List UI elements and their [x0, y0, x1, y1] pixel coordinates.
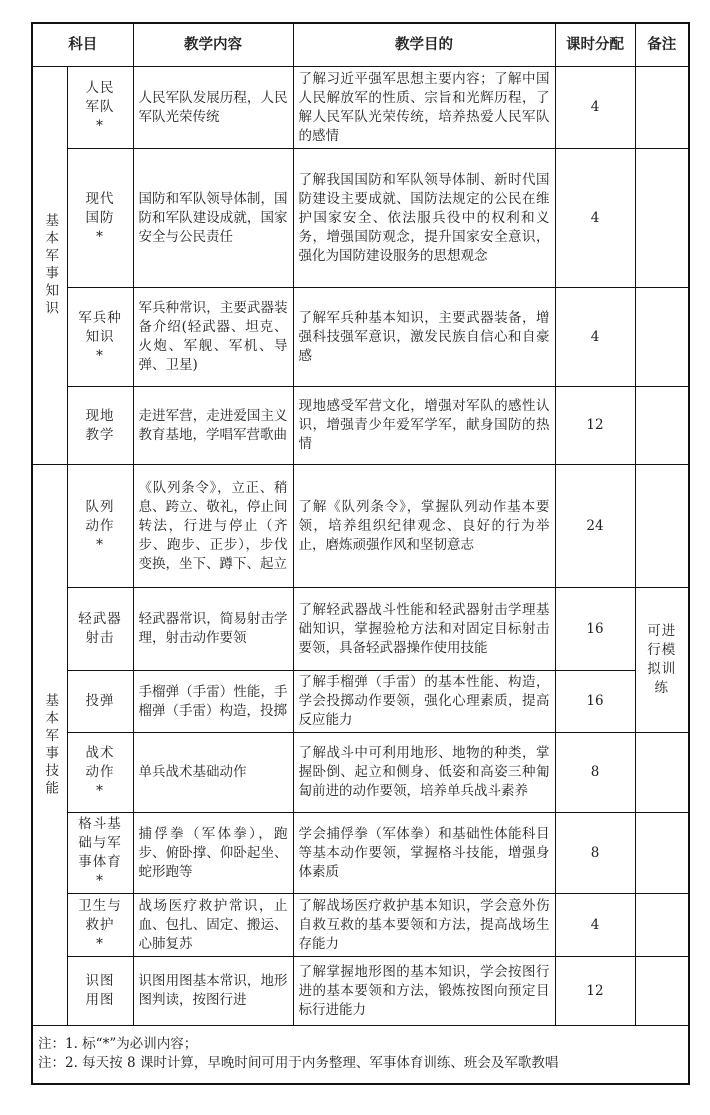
table-row: 现代国防* 国防和军队领导体制，国防和军队建设成就，国家安全与公民责任 了解我国…	[32, 149, 689, 288]
purpose-cell: 了解军兵种基本知识，主要武器装备，增强科技强军意识，激发民族自信心和自豪感	[293, 288, 555, 387]
content-cell: 识图用图基本常识，地形图判读，按图行进	[133, 957, 293, 1026]
header-remark: 备注	[635, 23, 689, 67]
purpose-cell: 现地感受军营文化，增强对军队的感性认识，增强青少年爱军学军，献身国防的热情	[293, 387, 555, 465]
hours-cell: 8	[555, 733, 635, 813]
subject-cell: 格斗基础与军事体育*	[67, 813, 133, 894]
hours-cell: 4	[555, 894, 635, 957]
note-1: 注：1. 标“*”为必训内容；	[38, 1035, 683, 1054]
hours-cell: 4	[555, 288, 635, 387]
content-cell: 《队列条令》，立正、稍息、跨立、敬礼，停止间转法，行进与停止（齐步、跑步、正步）…	[133, 465, 293, 588]
hours-cell: 12	[555, 387, 635, 465]
content-cell: 轻武器常识，简易射击学理，射击动作要领	[133, 588, 293, 671]
content-cell: 单兵战术基础动作	[133, 733, 293, 813]
subject-cell: 军兵种知识*	[67, 288, 133, 387]
purpose-cell: 学会捕俘拳（军体拳）和基础性体能科目等基本动作要领，掌握格斗技能，增强身体素质	[293, 813, 555, 894]
purpose-cell: 了解轻武器战斗性能和轻武器射击学理基础知识，掌握验枪方法和对固定目标射击要领，具…	[293, 588, 555, 671]
header-subject: 科目	[32, 23, 133, 67]
table-row: 现地教学 走进军营，走进爱国主义教育基地，学唱军营歌曲 现地感受军营文化，增强对…	[32, 387, 689, 465]
group-label-knowledge: 基本军事知识	[32, 67, 67, 465]
header-content: 教学内容	[133, 23, 293, 67]
table-row: 投弹 手榴弹（手雷）性能，手榴弹（手雷）构造，投掷 了解手榴弹（手雷）的基本性能…	[32, 671, 689, 733]
content-cell: 捕俘拳（军体拳），跑步、俯卧撑、仰卧起坐、蛇形跑等	[133, 813, 293, 894]
table-row: 轻武器射击 轻武器常识，简易射击学理，射击动作要领 了解轻武器战斗性能和轻武器射…	[32, 588, 689, 671]
notes-cell: 注：1. 标“*”为必训内容； 注：2. 每天按 8 课时计算，早晚时间可用于内…	[32, 1026, 689, 1084]
table-row: 战术动作* 单兵战术基础动作 了解战斗中可利用地形、地物的种类，掌握卧倒、起立和…	[32, 733, 689, 813]
notes-row: 注：1. 标“*”为必训内容； 注：2. 每天按 8 课时计算，早晚时间可用于内…	[32, 1026, 689, 1084]
purpose-cell: 了解战斗中可利用地形、地物的种类，掌握卧倒、起立和侧身、低姿和高姿三种匍匐前进的…	[293, 733, 555, 813]
table-row: 基本军事技能 队列动作* 《队列条令》，立正、稍息、跨立、敬礼，停止间转法，行进…	[32, 465, 689, 588]
subject-cell: 人民军队*	[67, 67, 133, 149]
remark-cell	[635, 387, 689, 465]
hours-cell: 16	[555, 671, 635, 733]
remark-cell	[635, 813, 689, 894]
remark-cell	[635, 894, 689, 957]
content-cell: 军兵种常识，主要武器装备介绍(轻武器、坦克、火炮、军舰、军机、导弹、卫星)	[133, 288, 293, 387]
purpose-cell: 了解掌握地形图的基本知识，学会按图行进的基本要领和方法，锻炼按图向预定目标行进能…	[293, 957, 555, 1026]
header-hours: 课时分配	[555, 23, 635, 67]
table-row: 卫生与救护* 战场医疗救护常识，止血、包扎、固定、搬运、心肺复苏 了解战场医疗救…	[32, 894, 689, 957]
subject-cell: 投弹	[67, 671, 133, 733]
hours-cell: 4	[555, 149, 635, 288]
remark-cell	[635, 67, 689, 149]
subject-cell: 识图用图	[67, 957, 133, 1026]
table-row: 军兵种知识* 军兵种常识，主要武器装备介绍(轻武器、坦克、火炮、军舰、军机、导弹…	[32, 288, 689, 387]
remark-cell-simulation: 可进行模拟训练	[635, 588, 689, 733]
hours-cell: 4	[555, 67, 635, 149]
purpose-cell: 了解战场医疗救护基本知识，学会意外伤自救互救的基本要领和方法，提高战场生存能力	[293, 894, 555, 957]
remark-cell	[635, 288, 689, 387]
remark-cell	[635, 465, 689, 588]
curriculum-table: 科目 教学内容 教学目的 课时分配 备注 基本军事知识 人民军队* 人民军队发展…	[31, 22, 690, 1085]
table-row: 格斗基础与军事体育* 捕俘拳（军体拳），跑步、俯卧撑、仰卧起坐、蛇形跑等 学会捕…	[32, 813, 689, 894]
table-row: 基本军事知识 人民军队* 人民军队发展历程，人民军队光荣传统 了解习近平强军思想…	[32, 67, 689, 149]
content-cell: 人民军队发展历程，人民军队光荣传统	[133, 67, 293, 149]
subject-cell: 队列动作*	[67, 465, 133, 588]
hours-cell: 12	[555, 957, 635, 1026]
purpose-cell: 了解我国国防和军队领导体制、新时代国防建设主要成就、国防法规定的公民在维护国家安…	[293, 149, 555, 288]
subject-cell: 卫生与救护*	[67, 894, 133, 957]
subject-cell: 轻武器射击	[67, 588, 133, 671]
content-cell: 走进军营，走进爱国主义教育基地，学唱军营歌曲	[133, 387, 293, 465]
note-2: 注：2. 每天按 8 课时计算，早晚时间可用于内务整理、军事体育训练、班会及军歌…	[38, 1054, 683, 1073]
header-purpose: 教学目的	[293, 23, 555, 67]
subject-cell: 战术动作*	[67, 733, 133, 813]
hours-cell: 8	[555, 813, 635, 894]
header-row: 科目 教学内容 教学目的 课时分配 备注	[32, 23, 689, 67]
hours-cell: 24	[555, 465, 635, 588]
remark-cell	[635, 149, 689, 288]
content-cell: 手榴弹（手雷）性能，手榴弹（手雷）构造，投掷	[133, 671, 293, 733]
remark-cell	[635, 957, 689, 1026]
purpose-cell: 了解习近平强军思想主要内容；了解中国人民解放军的性质、宗旨和光辉历程，了解人民军…	[293, 67, 555, 149]
purpose-cell: 了解《队列条令》，掌握队列动作基本要领，培养组织纪律观念、良好的行为举止，磨炼顽…	[293, 465, 555, 588]
content-cell: 国防和军队领导体制，国防和军队建设成就，国家安全与公民责任	[133, 149, 293, 288]
content-cell: 战场医疗救护常识，止血、包扎、固定、搬运、心肺复苏	[133, 894, 293, 957]
subject-cell: 现代国防*	[67, 149, 133, 288]
subject-cell: 现地教学	[67, 387, 133, 465]
table-row: 识图用图 识图用图基本常识，地形图判读，按图行进 了解掌握地形图的基本知识，学会…	[32, 957, 689, 1026]
remark-cell	[635, 733, 689, 813]
purpose-cell: 了解手榴弹（手雷）的基本性能、构造，学会投掷动作要领，强化心理素质，提高反应能力	[293, 671, 555, 733]
hours-cell: 16	[555, 588, 635, 671]
group-label-skills: 基本军事技能	[32, 465, 67, 1026]
